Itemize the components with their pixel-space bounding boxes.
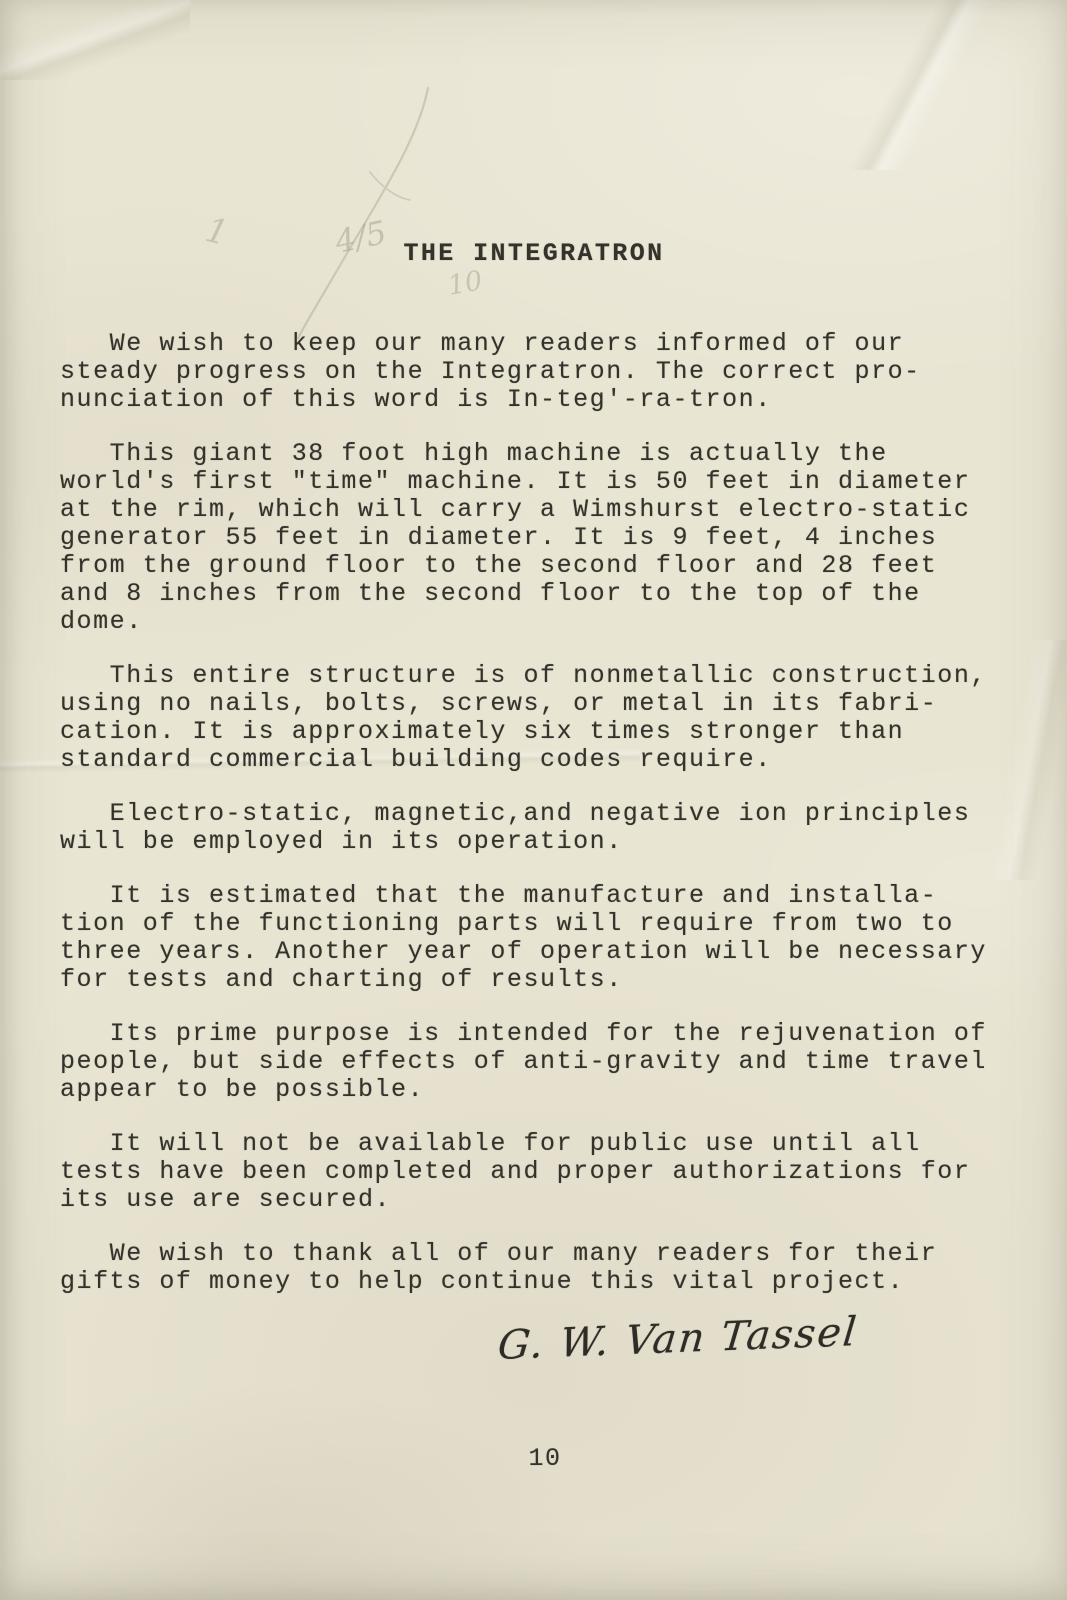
document-body: THE INTEGRATRON We wish to keep our many… — [60, 240, 1008, 1362]
paragraph-dimensions: This giant 38 foot high machine is actua… — [60, 440, 1008, 636]
paragraph-availability: It will not be available for public use … — [60, 1130, 1008, 1214]
page-number: 10 — [0, 1444, 1067, 1473]
typewritten-document-page: 1 4/5 10 THE INTEGRATRON We wish to keep… — [0, 0, 1067, 1600]
paragraph-construction: This entire structure is of nonmetallic … — [60, 662, 1008, 774]
paragraph-intro: We wish to keep our many readers informe… — [60, 330, 1008, 414]
paragraph-purpose: Its prime purpose is intended for the re… — [60, 1020, 1008, 1104]
paragraph-timeline: It is estimated that the manufacture and… — [60, 882, 1008, 994]
document-title: THE INTEGRATRON — [60, 240, 1008, 268]
paper-crease — [767, 0, 1067, 170]
handwritten-signature: G. W. Van Tassel — [496, 1309, 860, 1369]
paragraph-thanks: We wish to thank all of our many readers… — [60, 1240, 1008, 1296]
paragraph-principles: Electro-static, magnetic,and negative io… — [60, 800, 1008, 856]
paper-crease — [0, 0, 190, 80]
